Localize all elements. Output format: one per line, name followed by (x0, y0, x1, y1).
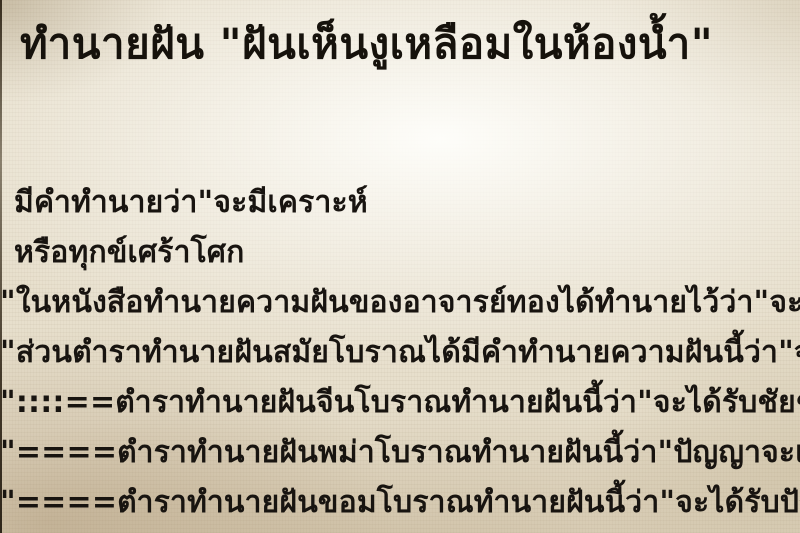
prediction-line: มีคำทำนายว่า"จะมีเคราะห์ (0, 178, 800, 228)
prediction-line: "====ตำราทำนายฝันพม่าโบราณทำนายฝันนี้ว่า… (0, 428, 800, 478)
paper-page: ทำนายฝัน "ฝันเห็นงูเหลือมในห้องน้ำ" มีคำ… (0, 0, 800, 533)
prediction-text-block: มีคำทำนายว่า"จะมีเคราะห์ หรือทุกข์เศร้าโ… (0, 178, 800, 528)
prediction-line: "====ตำราทำนายฝันขอมโบราณทำนายฝันนี้ว่า"… (0, 478, 800, 528)
prediction-line: "::::==ตำราทำนายฝันจีนโบราณทำนายฝันนี้ว่… (0, 378, 800, 428)
prediction-line: "ในหนังสือทำนายความฝันของอาจารย์ทองได้ทำ… (0, 278, 800, 328)
prediction-line: หรือทุกข์เศร้าโศก (0, 228, 800, 278)
prediction-line: "ส่วนตำราทำนายฝันสมัยโบราณได้มีคำทำนายคว… (0, 328, 800, 378)
page-title: ทำนายฝัน "ฝันเห็นงูเหลือมในห้องน้ำ" (20, 12, 800, 75)
